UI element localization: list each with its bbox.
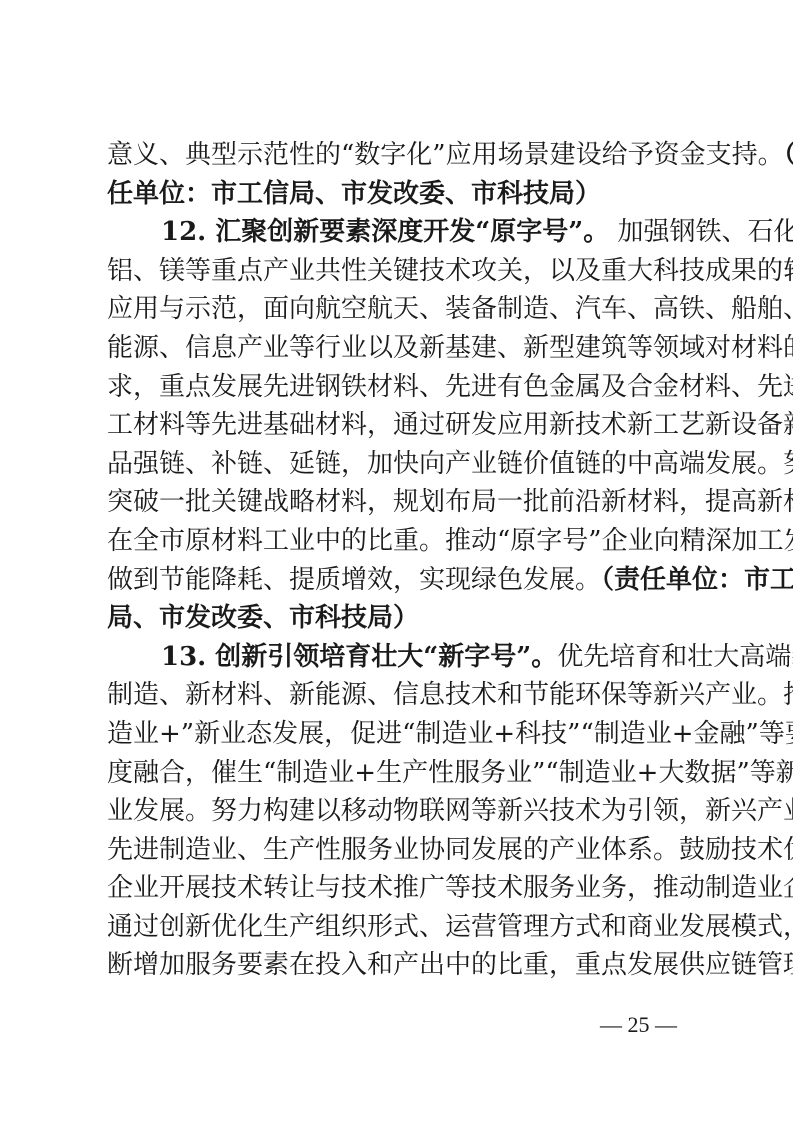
text-line: 铝、镁等重点产业共性关键技术攻关，以及重大科技成果的转化、	[107, 252, 693, 291]
text-line: 业发展。努力构建以移动物联网等新兴技术为引领，新兴产业、	[107, 792, 693, 831]
text-line: 求，重点发展先进钢铁材料、先进有色金属及合金材料、先进化	[107, 368, 693, 407]
text-line: 制造、新材料、新能源、信息技术和节能环保等新兴产业。推进“制	[107, 676, 693, 715]
text-line: 能源、信息产业等行业以及新基建、新型建筑等领域对材料的需	[107, 329, 693, 368]
responsibility-units: 任单位：市工信局、市发改委、市科技局）	[107, 179, 601, 209]
text-line: 通过创新优化生产组织形式、运营管理方式和商业发展模式，不	[107, 908, 693, 947]
text-line: 造业+”新业态发展，促进“制造业+科技”“制造业+金融”等要素深	[107, 715, 693, 754]
text-line: 做到节能降耗、提质增效，实现绿色发展。（责任单位：市工信	[107, 561, 693, 600]
text-line: 度融合，催生“制造业+生产性服务业”“制造业+大数据”等新兴产	[107, 754, 693, 793]
responsibility-label: （责	[784, 140, 793, 170]
section-heading-line: 12. 汇聚创新要素深度开发“原字号”。 加强钢铁、石化、	[107, 213, 693, 252]
text-line: 突破一批关键战略材料，规划布局一批前沿新材料，提高新材料	[107, 483, 693, 522]
text-line: 局、市发改委、市科技局）	[107, 599, 693, 638]
text-line: 先进制造业、生产性服务业协同发展的产业体系。鼓励技术优势	[107, 831, 693, 870]
responsibility-label: （责任单位：市工信	[601, 565, 793, 595]
page-number: — 25 —	[600, 1012, 677, 1038]
line-text: 意义、典型示范性的“数字化”应用场景建设给予资金支持。	[107, 140, 784, 170]
text-line: 断增加服务要素在投入和产出中的比重，重点发展供应链管理、	[107, 946, 693, 985]
text-line: 在全市原材料工业中的比重。推动“原字号”企业向精深加工发展，	[107, 522, 693, 561]
section-heading-12: 12. 汇聚创新要素深度开发“原字号”。	[161, 217, 609, 247]
text-line: 应用与示范，面向航空航天、装备制造、汽车、高铁、船舶、新	[107, 290, 693, 329]
text-line: 企业开展技术转让与技术推广等技术服务业务，推动制造业企业	[107, 869, 693, 908]
text-line: 意义、典型示范性的“数字化”应用场景建设给予资金支持。（责	[107, 136, 693, 175]
section-heading-13: 13. 创新引领培育壮大“新字号”。	[161, 642, 557, 672]
line-text: 做到节能降耗、提质增效，实现绿色发展。	[107, 565, 601, 595]
line-text: 加强钢铁、石化、	[609, 217, 793, 247]
responsibility-units: 局、市发改委、市科技局）	[107, 603, 419, 633]
section-heading-line: 13. 创新引领培育壮大“新字号”。优先培育和壮大高端装备	[107, 638, 693, 677]
line-text: 优先培育和壮大高端装备	[557, 642, 793, 672]
text-line: 工材料等先进基础材料，通过研发应用新技术新工艺新设备新产	[107, 406, 693, 445]
text-line: 任单位：市工信局、市发改委、市科技局）	[107, 175, 693, 214]
document-body: 意义、典型示范性的“数字化”应用场景建设给予资金支持。（责 任单位：市工信局、市…	[107, 136, 693, 985]
text-line: 品强链、补链、延链，加快向产业链价值链的中高端发展。努力	[107, 445, 693, 484]
